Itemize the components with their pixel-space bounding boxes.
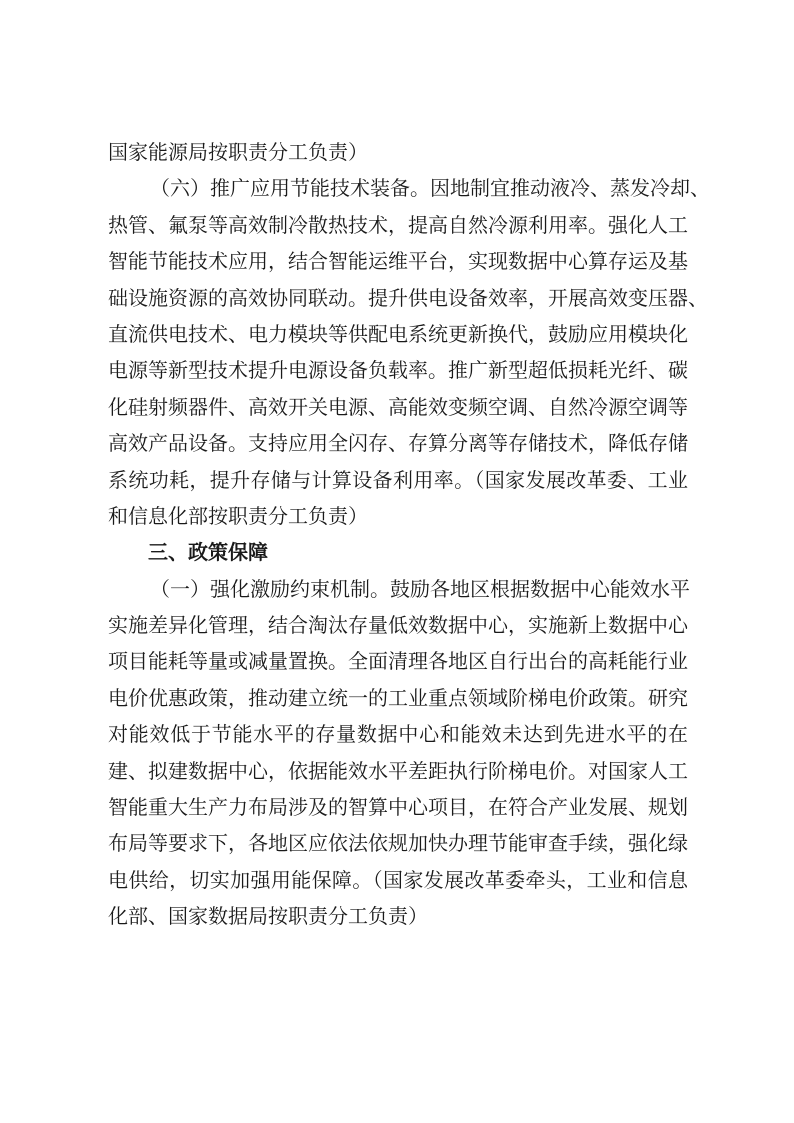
text-line: 实施差异化管理，结合淘汰存量低效数据中心，实施新上数据中心 [108,607,688,643]
text-line: 直流供电技术、电力模块等供配电系统更新换代，鼓励应用模块化 [108,316,688,352]
text-line: （一）强化激励约束机制。鼓励各地区根据数据中心能效水平 [108,571,688,607]
text-line: 智能节能技术应用，结合智能运维平台，实现数据中心算存运及基 [108,243,688,279]
text-line: 热管、氟泵等高效制冷散热技术，提高自然冷源利用率。强化人工 [108,207,688,243]
text-line: 项目能耗等量或减量置换。全面清理各地区自行出台的高耗能行业 [108,643,688,679]
text-line: 和信息化部按职责分工负责） [108,498,688,534]
paragraph-energy-saving-equipment: （六）推广应用节能技术装备。因地制宜推动液冷、蒸发冷却、 热管、氟泵等高效制冷散… [108,170,688,534]
text-line: 高效产品设备。支持应用全闪存、存算分离等存储技术，降低存储 [108,425,688,461]
paragraph-continuation: 国家能源局按职责分工负责） [108,134,688,170]
text-line: 建、拟建数据中心，依据能效水平差距执行阶梯电价。对国家人工 [108,753,688,789]
text-line: 智能重大生产力布局涉及的智算中心项目，在符合产业发展、规划 [108,789,688,825]
text-line: 对能效低于节能水平的存量数据中心和能效未达到先进水平的在 [108,716,688,752]
text-line: 化硅射频器件、高效开关电源、高能效变频空调、自然冷源空调等 [108,389,688,425]
text-line: 布局等要求下，各地区应依法依规加快办理节能审查手续，强化绿 [108,825,688,861]
text-line: 础设施资源的高效协同联动。提升供电设备效率，开展高效变压器、 [108,280,688,316]
text-line: 电源等新型技术提升电源设备负载率。推广新型超低损耗光纤、碳 [108,352,688,388]
paragraph-lead: （六）推广应用节能技术装备。 [150,176,430,200]
paragraph-text: 鼓励各地区根据数据中心能效水平 [390,577,690,601]
paragraph-incentive-mechanism: （一）强化激励约束机制。鼓励各地区根据数据中心能效水平 实施差异化管理，结合淘汰… [108,571,688,935]
paragraph-text: 因地制宜推动液冷、蒸发冷却、 [430,176,710,200]
text-line: 国家能源局按职责分工负责） [108,134,688,170]
document-page: 国家能源局按职责分工负责） （六）推广应用节能技术装备。因地制宜推动液冷、蒸发冷… [108,134,688,935]
paragraph-lead: （一）强化激励约束机制。 [150,577,390,601]
text-line: 化部、国家数据局按职责分工负责） [108,898,688,934]
text-line: （六）推广应用节能技术装备。因地制宜推动液冷、蒸发冷却、 [108,170,688,206]
text-line: 系统功耗，提升存储与计算设备利用率。（国家发展改革委、工业 [108,462,688,498]
section-heading-policy-guarantee: 三、政策保障 [108,534,688,570]
text-line: 电供给，切实加强用能保障。（国家发展改革委牵头，工业和信息 [108,862,688,898]
text-line: 电价优惠政策，推动建立统一的工业重点领域阶梯电价政策。研究 [108,680,688,716]
